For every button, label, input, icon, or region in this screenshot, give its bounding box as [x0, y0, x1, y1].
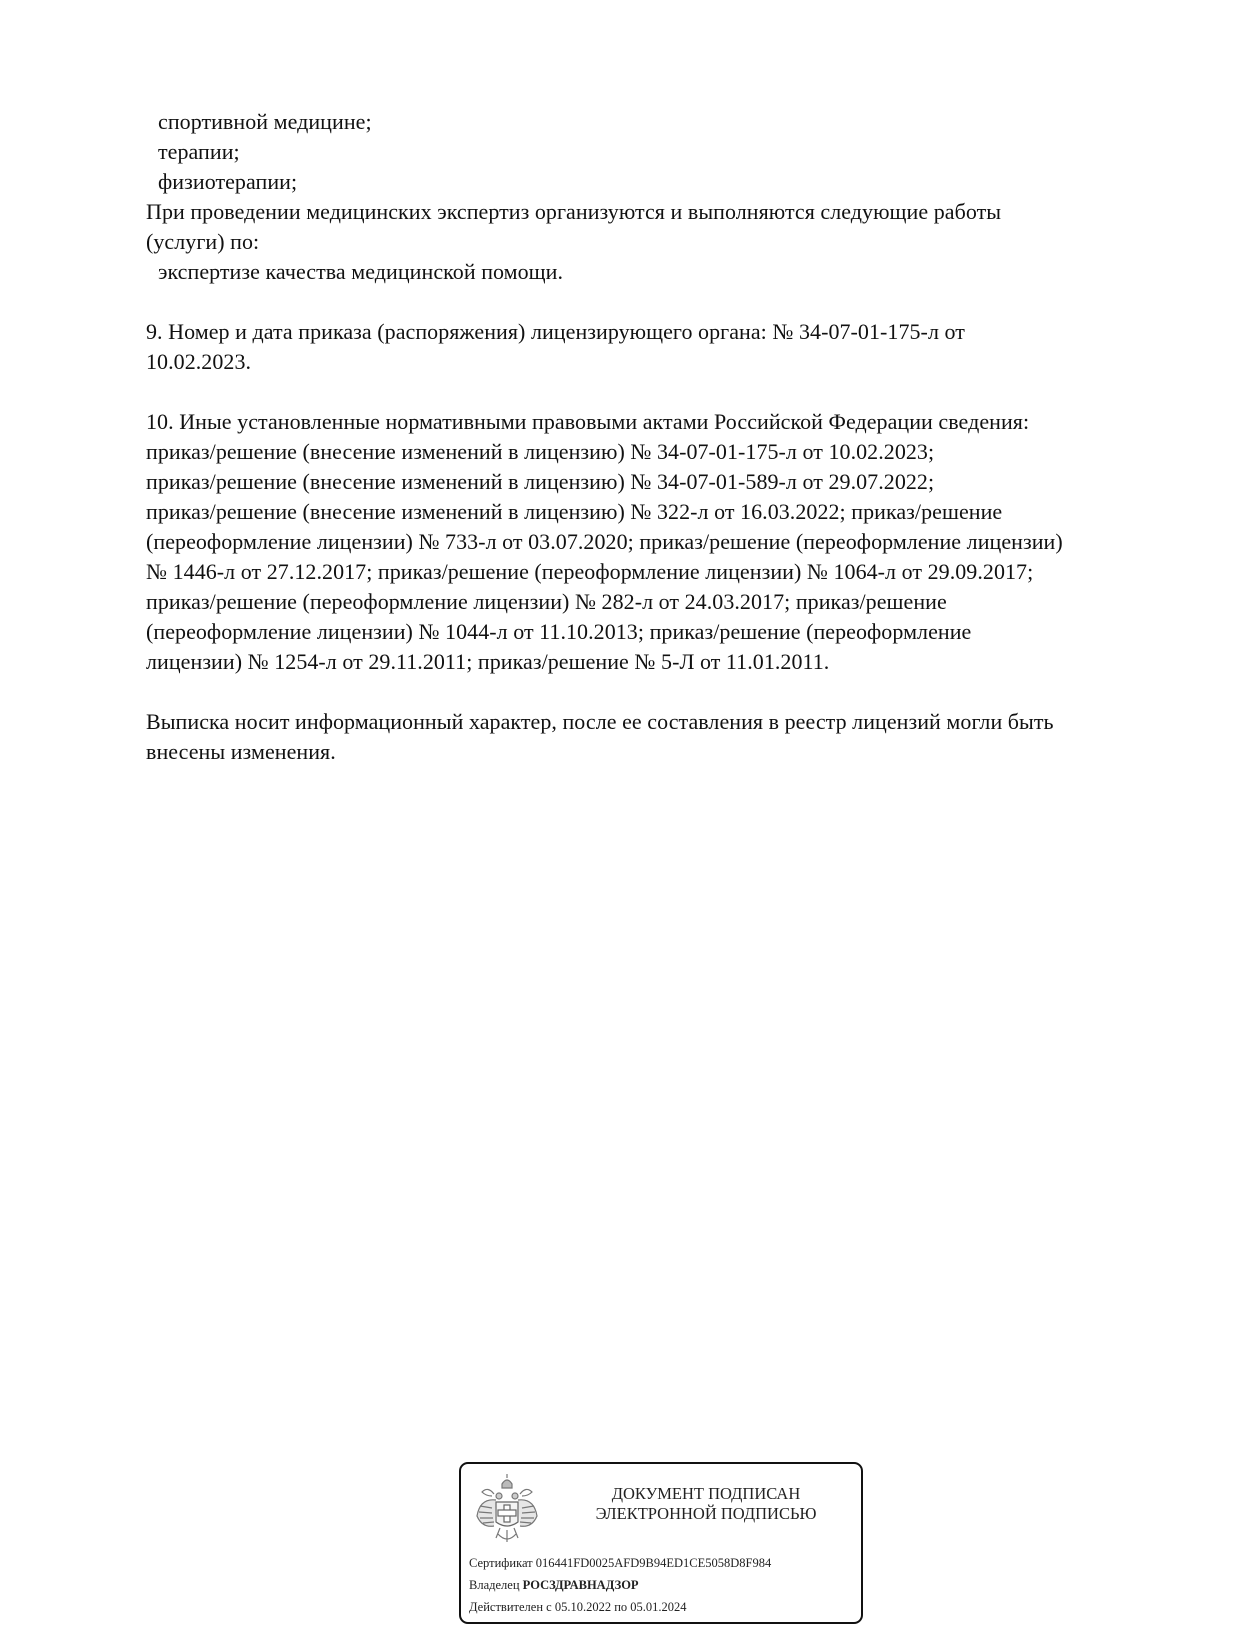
electronic-signature-stamp: ДОКУМЕНТ ПОДПИСАН ЭЛЕКТРОННОЙ ПОДПИСЬЮ С… — [459, 1462, 863, 1624]
paragraph-gap — [146, 677, 1206, 707]
stamp-title-line-2: ЭЛЕКТРОННОЙ ПОДПИСЬЮ — [561, 1504, 851, 1524]
validity-label: Действителен — [469, 1600, 543, 1614]
text-line: экспертизе качества медицинской помощи. — [146, 257, 1206, 287]
owner-value: РОСЗДРАВНАДЗОР — [523, 1578, 639, 1592]
owner-label: Владелец — [469, 1578, 520, 1592]
text-line: приказ/решение (внесение изменений в лиц… — [146, 437, 1206, 467]
certificate-value: 016441FD0025AFD9B94ED1CE5058D8F984 — [536, 1556, 771, 1570]
text-line: 9. Номер и дата приказа (распоряжения) л… — [146, 317, 1206, 347]
document-page: спортивной медицине;терапии;физиотерапии… — [0, 0, 1240, 1650]
text-line: При проведении медицинских экспертиз орг… — [146, 197, 1206, 227]
certificate-row: Сертификат 016441FD0025AFD9B94ED1CE5058D… — [469, 1552, 771, 1574]
certificate-label: Сертификат — [469, 1556, 533, 1570]
text-line: Выписка носит информационный характер, п… — [146, 707, 1206, 737]
text-line: приказ/решение (внесение изменений в лиц… — [146, 467, 1206, 497]
text-line: внесены изменения. — [146, 737, 1206, 767]
coat-of-arms-emblem-icon — [474, 1472, 540, 1548]
text-line: (переоформление лицензии) № 733-л от 03.… — [146, 527, 1206, 557]
text-line: терапии; — [146, 137, 1206, 167]
text-line: (переоформление лицензии) № 1044-л от 11… — [146, 617, 1206, 647]
paragraph-gap — [146, 287, 1206, 317]
stamp-title: ДОКУМЕНТ ПОДПИСАН ЭЛЕКТРОННОЙ ПОДПИСЬЮ — [561, 1484, 851, 1524]
paragraph-gap — [146, 377, 1206, 407]
stamp-details: Сертификат 016441FD0025AFD9B94ED1CE5058D… — [469, 1552, 771, 1618]
owner-row: Владелец РОСЗДРАВНАДЗОР — [469, 1574, 771, 1596]
text-line: № 1446-л от 27.12.2017; приказ/решение (… — [146, 557, 1206, 587]
text-line: (услуги) по: — [146, 227, 1206, 257]
stamp-title-line-1: ДОКУМЕНТ ПОДПИСАН — [561, 1484, 851, 1504]
text-line: приказ/решение (переоформление лицензии)… — [146, 587, 1206, 617]
text-line: приказ/решение (внесение изменений в лиц… — [146, 497, 1206, 527]
text-line: 10. Иные установленные нормативными прав… — [146, 407, 1206, 437]
validity-value: с 05.10.2022 по 05.01.2024 — [546, 1600, 686, 1614]
text-line: спортивной медицине; — [146, 107, 1206, 137]
text-line: физиотерапии; — [146, 167, 1206, 197]
document-body: спортивной медицине;терапии;физиотерапии… — [146, 107, 1206, 767]
text-line: лицензии) № 1254-л от 29.11.2011; приказ… — [146, 647, 1206, 677]
validity-row: Действителен с 05.10.2022 по 05.01.2024 — [469, 1596, 771, 1618]
text-line: 10.02.2023. — [146, 347, 1206, 377]
